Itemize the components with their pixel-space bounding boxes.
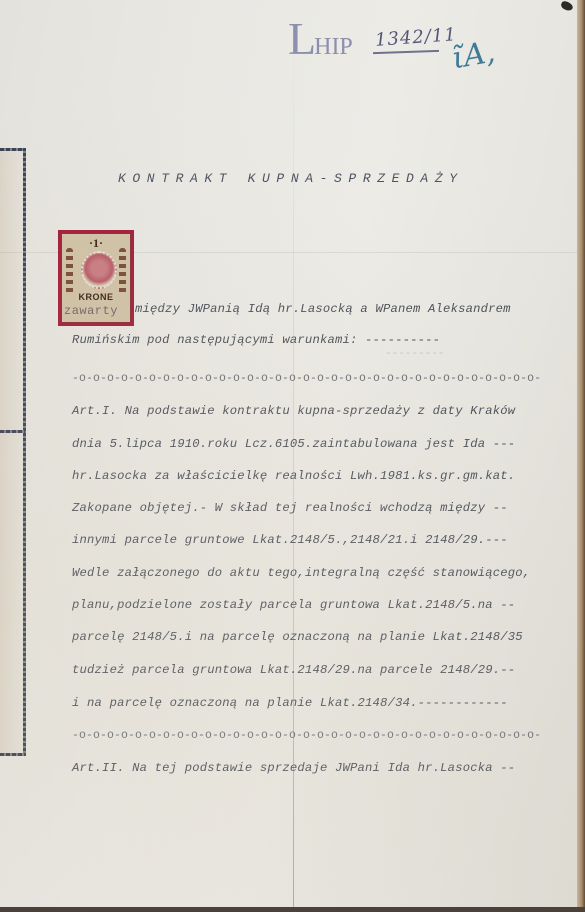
revenue-stamp-overprint: zawarty [64,304,118,318]
registry-stamp-letter: L [288,13,314,64]
text-line: Zakopane objętej.- W skład tej realności… [72,501,508,515]
text-line: i na parcelę oznaczoną na planie Lkat.21… [72,696,508,710]
text-line: tudzież parcela gruntowa Lkat.2148/29.na… [72,663,515,677]
text-line: parcelę 2148/5.i na parcelę oznaczoną na… [72,630,523,644]
ink-blot [560,0,574,12]
document-title: KONTRAKT KUPNA-SPRZEDAŻY [118,171,464,186]
text-line: innymi parcele gruntowe Lkat.2148/5.,214… [72,533,508,547]
page-edge [0,907,585,912]
revenue-stamp-currency: KRONE [62,292,130,302]
text-line: między JWPanią Idą hr.Lasocką a WPanem A… [135,302,511,316]
page-edge [577,0,585,912]
stamp-ornament-icon [66,248,73,296]
page-stain [0,150,24,755]
binding-cord-middle [0,430,25,433]
text-line: planu,podzielone zostały parcela gruntow… [72,598,515,612]
binding-cord-top [0,148,25,151]
text-line: dnia 5.lipca 1910.roku Lcz.6105.zaintabu… [72,437,515,451]
stamp-ornament-icon [119,248,126,296]
document-page: LHIP 1342/11 ῖA, KONTRAKT KUPNA-SPRZEDAŻ… [0,0,580,908]
registry-number: 1342/11 [374,24,457,51]
binding-cord [23,148,26,756]
separator-line: -o-o-o-o-o-o-o-o-o-o-o-o-o-o-o-o-o-o-o-o… [72,372,541,385]
registry-stamp-text: HIP [314,34,353,60]
text-line: Wedle załączonego do aktu tego,integraln… [72,566,530,580]
portrait-medallion-icon [81,251,117,289]
binding-cord-bottom [0,753,25,756]
text-line: hr.Lasocka za właścicielkę realności Lwh… [72,469,515,483]
registry-number-underline [373,50,439,54]
handwritten-initial: ῖA, [449,35,497,77]
revenue-stamp: ·1· KRONE zawarty [58,230,134,326]
text-line: Art.I. Na podstawie kontraktu kupna-sprz… [72,404,515,418]
text-line: Art.II. Na tej podstawie sprzedaje JWPan… [72,761,515,775]
separator-line: -o-o-o-o-o-o-o-o-o-o-o-o-o-o-o-o-o-o-o-o… [72,729,541,742]
text-line: Rumińskim pod następującymi warunkami: -… [72,333,440,347]
registry-stamp: LHIP [288,12,353,65]
faint-mark: --------- [385,348,444,360]
